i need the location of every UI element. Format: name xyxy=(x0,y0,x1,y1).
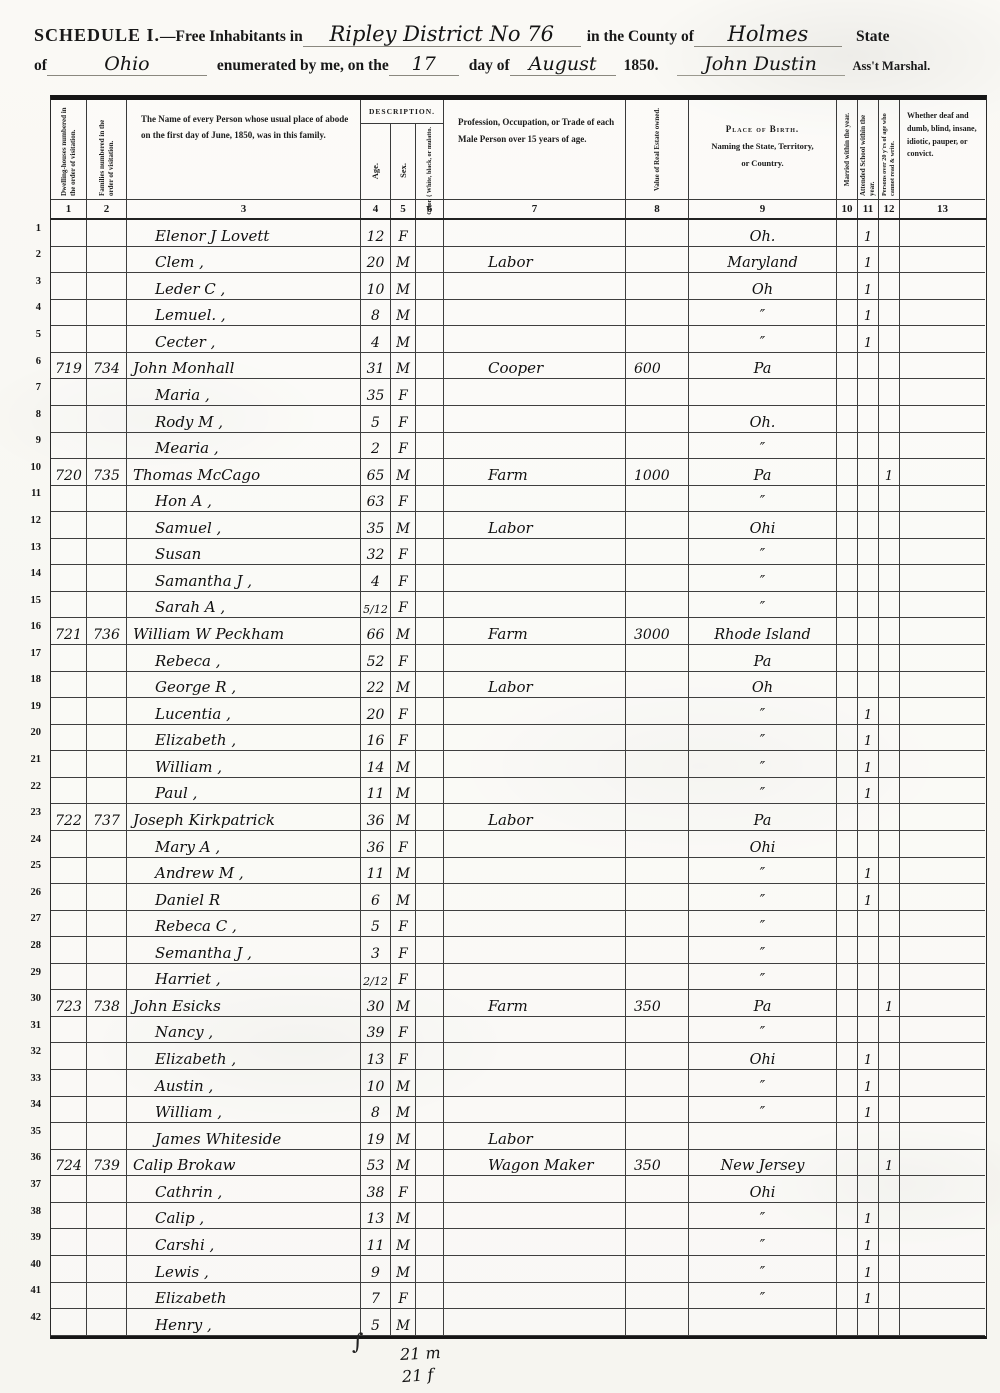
cell-cannotread xyxy=(879,433,900,460)
state-handwritten: Ohio xyxy=(104,53,149,75)
column-number: 5 xyxy=(391,200,416,218)
line-number: 9 xyxy=(24,428,46,455)
cell-birthplace: ″ xyxy=(689,592,837,619)
cell-name: Lewis , xyxy=(127,1256,361,1283)
col9-sub1: Naming the State, Territory, xyxy=(689,138,836,155)
cell-color xyxy=(416,1070,444,1097)
col12-heading: Persons over 20 y'rs of age who cannot r… xyxy=(881,103,897,196)
line-number: 11 xyxy=(24,481,46,508)
cell-family xyxy=(87,1203,127,1230)
cell-occupation xyxy=(444,1070,626,1097)
cell-name: Nancy , xyxy=(127,1017,361,1044)
cell-school: 1 xyxy=(858,698,879,725)
col13-heading: Whether deaf and dumb, blind, insane, id… xyxy=(900,100,985,200)
cell-sex: F xyxy=(391,220,416,247)
cell-color xyxy=(416,672,444,699)
cell-value xyxy=(626,1043,689,1070)
cell-family: 737 xyxy=(87,804,127,831)
cell-cannotread xyxy=(879,247,900,274)
cell-dwelling xyxy=(51,698,87,725)
cell-occupation xyxy=(444,964,626,991)
cell-sex: M xyxy=(391,804,416,831)
cell-sex: M xyxy=(391,353,416,380)
cell-color xyxy=(416,1203,444,1230)
cell-age: 35 xyxy=(361,512,391,539)
cell-age: 7 xyxy=(361,1283,391,1310)
county-handwritten: Holmes xyxy=(728,22,809,46)
cell-color xyxy=(416,565,444,592)
column-number: 13 xyxy=(900,200,985,218)
cell-name: John Monhall xyxy=(127,353,361,380)
cell-remarks xyxy=(900,645,985,672)
cell-school: 1 xyxy=(858,1229,879,1256)
cell-family xyxy=(87,751,127,778)
cell-name: Susan xyxy=(127,539,361,566)
cell-dwelling xyxy=(51,247,87,274)
col9-title: Place of Birth. xyxy=(689,120,836,138)
cell-name: John Esicks xyxy=(127,990,361,1017)
line-number: 42 xyxy=(24,1304,46,1331)
cell-married xyxy=(837,326,858,353)
cell-school xyxy=(858,990,879,1017)
cell-family xyxy=(87,486,127,513)
cell-color xyxy=(416,300,444,327)
cell-remarks xyxy=(900,964,985,991)
cell-name: Elizabeth , xyxy=(127,725,361,752)
cell-value xyxy=(626,1017,689,1044)
cell-remarks xyxy=(900,433,985,460)
cell-family xyxy=(87,247,127,274)
cell-dwelling xyxy=(51,406,87,433)
cell-name: Calip Brokaw xyxy=(127,1150,361,1177)
cell-color xyxy=(416,1176,444,1203)
cell-birthplace: ″ xyxy=(689,937,837,964)
cell-married xyxy=(837,672,858,699)
cell-occupation xyxy=(444,273,626,300)
cell-remarks xyxy=(900,1256,985,1283)
cell-age: 13 xyxy=(361,1203,391,1230)
cell-sex: M xyxy=(391,1070,416,1097)
cell-sex: F xyxy=(391,1283,416,1310)
heading-marshal-title: Ass't Marshal. xyxy=(853,59,931,74)
cell-dwelling: 724 xyxy=(51,1150,87,1177)
cell-occupation xyxy=(444,858,626,885)
line-number: 28 xyxy=(24,932,46,959)
line-number: 15 xyxy=(24,587,46,614)
cell-cannotread xyxy=(879,592,900,619)
cell-color xyxy=(416,964,444,991)
cell-cannotread xyxy=(879,1097,900,1124)
line-number: 3 xyxy=(24,268,46,295)
cell-family xyxy=(87,592,127,619)
cell-married xyxy=(837,433,858,460)
description-group: DESCRIPTION. Age. Sex. Color, { White, b… xyxy=(361,100,444,200)
day-blank: 17 xyxy=(389,53,459,76)
heading-year: 1850. xyxy=(624,57,659,75)
cell-remarks xyxy=(900,406,985,433)
cell-color xyxy=(416,1283,444,1310)
cell-sex: M xyxy=(391,1256,416,1283)
cell-family xyxy=(87,698,127,725)
cell-school: 1 xyxy=(858,1256,879,1283)
cell-name: Paul , xyxy=(127,778,361,805)
cell-cannotread xyxy=(879,831,900,858)
col11-heading: Attended School within the year. xyxy=(859,103,877,196)
cell-dwelling xyxy=(51,486,87,513)
cell-sex: M xyxy=(391,1123,416,1150)
cell-sex: M xyxy=(391,1309,416,1336)
cell-value xyxy=(626,698,689,725)
cell-color xyxy=(416,1017,444,1044)
cell-age: 36 xyxy=(361,831,391,858)
cell-birthplace: Oh. xyxy=(689,220,837,247)
cell-family xyxy=(87,964,127,991)
cell-color xyxy=(416,1256,444,1283)
cell-sex: M xyxy=(391,990,416,1017)
line-number: 1 xyxy=(24,215,46,242)
col2-heading: Families numbered in the order of visita… xyxy=(98,103,116,196)
cell-occupation: Farm xyxy=(444,618,626,645)
cell-remarks xyxy=(900,698,985,725)
cell-dwelling xyxy=(51,645,87,672)
cell-remarks xyxy=(900,751,985,778)
cell-value xyxy=(626,247,689,274)
cell-sex: F xyxy=(391,379,416,406)
cell-name: Mearia , xyxy=(127,433,361,460)
cell-family xyxy=(87,1070,127,1097)
cell-school xyxy=(858,565,879,592)
cell-cannotread: 1 xyxy=(879,990,900,1017)
cell-value xyxy=(626,725,689,752)
line-number: 13 xyxy=(24,534,46,561)
cell-age: 4 xyxy=(361,326,391,353)
cell-dwelling: 722 xyxy=(51,804,87,831)
cell-family: 736 xyxy=(87,618,127,645)
schedule-label: SCHEDULE I. xyxy=(34,25,160,46)
column-numbers-row: 12345678910111213 xyxy=(51,200,986,220)
column-number: 9 xyxy=(689,200,837,218)
cell-occupation xyxy=(444,486,626,513)
line-number: 27 xyxy=(24,906,46,933)
cell-name: William , xyxy=(127,1097,361,1124)
cell-family xyxy=(87,1043,127,1070)
cell-name: Hon A , xyxy=(127,486,361,513)
cell-remarks xyxy=(900,858,985,885)
cell-age: 11 xyxy=(361,858,391,885)
cell-married xyxy=(837,379,858,406)
cell-school xyxy=(858,379,879,406)
cell-dwelling xyxy=(51,326,87,353)
cell-married xyxy=(837,220,858,247)
cell-remarks xyxy=(900,937,985,964)
cell-cannotread xyxy=(879,698,900,725)
cell-occupation xyxy=(444,592,626,619)
description-title: DESCRIPTION. xyxy=(361,100,443,124)
cell-dwelling xyxy=(51,751,87,778)
cell-school: 1 xyxy=(858,778,879,805)
cell-color xyxy=(416,406,444,433)
cell-age: 31 xyxy=(361,353,391,380)
cell-age: 52 xyxy=(361,645,391,672)
cell-sex: F xyxy=(391,592,416,619)
cell-name: George R , xyxy=(127,672,361,699)
cell-sex: F xyxy=(391,486,416,513)
cell-cannotread xyxy=(879,1256,900,1283)
cell-color xyxy=(416,1229,444,1256)
cell-cannotread xyxy=(879,804,900,831)
cell-occupation xyxy=(444,698,626,725)
cell-name: Elizabeth , xyxy=(127,1043,361,1070)
cell-age: 4 xyxy=(361,565,391,592)
cell-school xyxy=(858,592,879,619)
cell-dwelling xyxy=(51,1070,87,1097)
cell-name: Elizabeth xyxy=(127,1283,361,1310)
cell-sex: F xyxy=(391,539,416,566)
cell-cannotread xyxy=(879,964,900,991)
line-number: 4 xyxy=(24,295,46,322)
cell-sex: F xyxy=(391,1017,416,1044)
cell-remarks xyxy=(900,1123,985,1150)
cell-married xyxy=(837,1097,858,1124)
cell-married xyxy=(837,1309,858,1336)
cell-school xyxy=(858,1150,879,1177)
cell-cannotread xyxy=(879,1203,900,1230)
cell-cannotread xyxy=(879,672,900,699)
cell-value xyxy=(626,858,689,885)
cell-name: Carshi , xyxy=(127,1229,361,1256)
cell-school xyxy=(858,512,879,539)
cell-birthplace: ″ xyxy=(689,858,837,885)
cell-color xyxy=(416,247,444,274)
cell-birthplace: ″ xyxy=(689,1070,837,1097)
cell-birthplace: ″ xyxy=(689,565,837,592)
cell-school xyxy=(858,804,879,831)
cell-sex: F xyxy=(391,911,416,938)
cell-name: William W Peckham xyxy=(127,618,361,645)
cell-remarks xyxy=(900,778,985,805)
cell-name: Rody M , xyxy=(127,406,361,433)
cell-name: Thomas McCago xyxy=(127,459,361,486)
cell-married xyxy=(837,1176,858,1203)
cell-remarks xyxy=(900,618,985,645)
cell-remarks xyxy=(900,353,985,380)
line-number: 2 xyxy=(24,242,46,269)
cell-occupation: Farm xyxy=(444,459,626,486)
cell-family xyxy=(87,1256,127,1283)
cell-value xyxy=(626,672,689,699)
col3-heading: The Name of every Person whose usual pla… xyxy=(127,100,361,200)
cell-married xyxy=(837,751,858,778)
line-number: 23 xyxy=(24,799,46,826)
cell-family xyxy=(87,300,127,327)
cell-color xyxy=(416,831,444,858)
cell-age: 11 xyxy=(361,778,391,805)
cell-remarks xyxy=(900,379,985,406)
cell-sex: M xyxy=(391,884,416,911)
cell-name: Maria , xyxy=(127,379,361,406)
cell-birthplace: Pa xyxy=(689,804,837,831)
cell-value xyxy=(626,565,689,592)
cell-value xyxy=(626,1309,689,1336)
cell-color xyxy=(416,512,444,539)
cell-sex: M xyxy=(391,512,416,539)
cell-value xyxy=(626,751,689,778)
cell-remarks xyxy=(900,220,985,247)
cell-color xyxy=(416,937,444,964)
cell-name: Samuel , xyxy=(127,512,361,539)
cell-age: 20 xyxy=(361,247,391,274)
cell-cannotread xyxy=(879,725,900,752)
cell-occupation: Labor xyxy=(444,247,626,274)
line-number: 30 xyxy=(24,985,46,1012)
cell-school xyxy=(858,937,879,964)
cell-remarks xyxy=(900,1283,985,1310)
cell-color xyxy=(416,433,444,460)
line-number: 29 xyxy=(24,959,46,986)
line-number: 26 xyxy=(24,879,46,906)
cell-cannotread xyxy=(879,353,900,380)
cell-dwelling xyxy=(51,539,87,566)
cell-birthplace: ″ xyxy=(689,964,837,991)
cell-birthplace xyxy=(689,379,837,406)
cell-value xyxy=(626,645,689,672)
cell-cannotread xyxy=(879,379,900,406)
cell-color xyxy=(416,804,444,831)
cell-age: 35 xyxy=(361,379,391,406)
cell-remarks xyxy=(900,512,985,539)
cell-married xyxy=(837,725,858,752)
cell-family xyxy=(87,1283,127,1310)
cell-school: 1 xyxy=(858,884,879,911)
cell-birthplace: ″ xyxy=(689,1229,837,1256)
cell-school: 1 xyxy=(858,300,879,327)
cell-value xyxy=(626,1256,689,1283)
cell-occupation xyxy=(444,433,626,460)
cell-cannotread xyxy=(879,512,900,539)
cell-dwelling xyxy=(51,831,87,858)
cell-school: 1 xyxy=(858,273,879,300)
cell-sex: F xyxy=(391,964,416,991)
cell-remarks xyxy=(900,1203,985,1230)
col5-heading-sex: Sex. xyxy=(398,163,409,178)
col6-heading-color: Color, { White, black, or mulatto. xyxy=(426,127,434,215)
column-number: 3 xyxy=(127,200,361,218)
cell-occupation xyxy=(444,778,626,805)
cell-birthplace: ″ xyxy=(689,778,837,805)
cell-married xyxy=(837,459,858,486)
cell-remarks xyxy=(900,1229,985,1256)
cell-occupation xyxy=(444,751,626,778)
cell-name: William , xyxy=(127,751,361,778)
line-number-gutter: 1234567891011121314151617181920212223242… xyxy=(24,215,46,1331)
cell-age: 10 xyxy=(361,273,391,300)
cell-school: 1 xyxy=(858,751,879,778)
cell-occupation: Wagon Maker xyxy=(444,1150,626,1177)
cell-name: Lucentia , xyxy=(127,698,361,725)
line-number: 19 xyxy=(24,693,46,720)
cell-married xyxy=(837,300,858,327)
cell-dwelling xyxy=(51,858,87,885)
cell-age: 30 xyxy=(361,990,391,1017)
cell-age: 8 xyxy=(361,1097,391,1124)
column-number: 4 xyxy=(361,200,391,218)
col7-heading: Profession, Occupation, or Trade of each… xyxy=(444,100,626,200)
cell-color xyxy=(416,751,444,778)
cell-family xyxy=(87,778,127,805)
cell-age: 5 xyxy=(361,406,391,433)
cell-birthplace: New Jersey xyxy=(689,1150,837,1177)
line-number: 32 xyxy=(24,1038,46,1065)
cell-dwelling xyxy=(51,273,87,300)
cell-family xyxy=(87,539,127,566)
line-number: 34 xyxy=(24,1092,46,1119)
cell-cannotread xyxy=(879,1283,900,1310)
cell-birthplace: Ohi xyxy=(689,831,837,858)
cell-value xyxy=(626,592,689,619)
cell-color xyxy=(416,220,444,247)
line-number: 7 xyxy=(24,374,46,401)
cell-family xyxy=(87,911,127,938)
cell-married xyxy=(837,990,858,1017)
cell-value xyxy=(626,778,689,805)
cell-age: 22 xyxy=(361,672,391,699)
cell-sex: M xyxy=(391,300,416,327)
cell-birthplace: ″ xyxy=(689,911,837,938)
cell-school xyxy=(858,1123,879,1150)
cell-school xyxy=(858,539,879,566)
col9-heading: Place of Birth. Naming the State, Territ… xyxy=(689,100,837,200)
cell-color xyxy=(416,1123,444,1150)
cell-name: Harriet , xyxy=(127,964,361,991)
cell-family xyxy=(87,273,127,300)
month-handwritten: August xyxy=(529,53,597,75)
cell-sex: M xyxy=(391,618,416,645)
cell-name: Calip , xyxy=(127,1203,361,1230)
cell-sex: M xyxy=(391,247,416,274)
cell-cannotread xyxy=(879,1070,900,1097)
cell-color xyxy=(416,1309,444,1336)
col9-sub2: or Country. xyxy=(689,155,836,172)
cell-married xyxy=(837,1043,858,1070)
cell-school xyxy=(858,964,879,991)
cell-occupation: Labor xyxy=(444,672,626,699)
cell-married xyxy=(837,406,858,433)
cell-cannotread xyxy=(879,1176,900,1203)
heading-of-word: of xyxy=(34,57,47,75)
cell-value: 1000 xyxy=(626,459,689,486)
cell-sex: M xyxy=(391,459,416,486)
line-number: 10 xyxy=(24,454,46,481)
line-number: 35 xyxy=(24,1118,46,1145)
cell-family xyxy=(87,937,127,964)
cell-name: Leder C , xyxy=(127,273,361,300)
line-number: 18 xyxy=(24,667,46,694)
cell-remarks xyxy=(900,565,985,592)
cell-school xyxy=(858,831,879,858)
cell-sex: F xyxy=(391,433,416,460)
cell-remarks xyxy=(900,1043,985,1070)
cell-cannotread xyxy=(879,1123,900,1150)
cell-color xyxy=(416,618,444,645)
cell-dwelling xyxy=(51,592,87,619)
cell-dwelling xyxy=(51,725,87,752)
cell-sex: F xyxy=(391,725,416,752)
cell-cannotread xyxy=(879,751,900,778)
cell-value xyxy=(626,804,689,831)
cell-sex: F xyxy=(391,698,416,725)
cell-age: 5/12 xyxy=(361,592,391,619)
cell-name: Cecter , xyxy=(127,326,361,353)
